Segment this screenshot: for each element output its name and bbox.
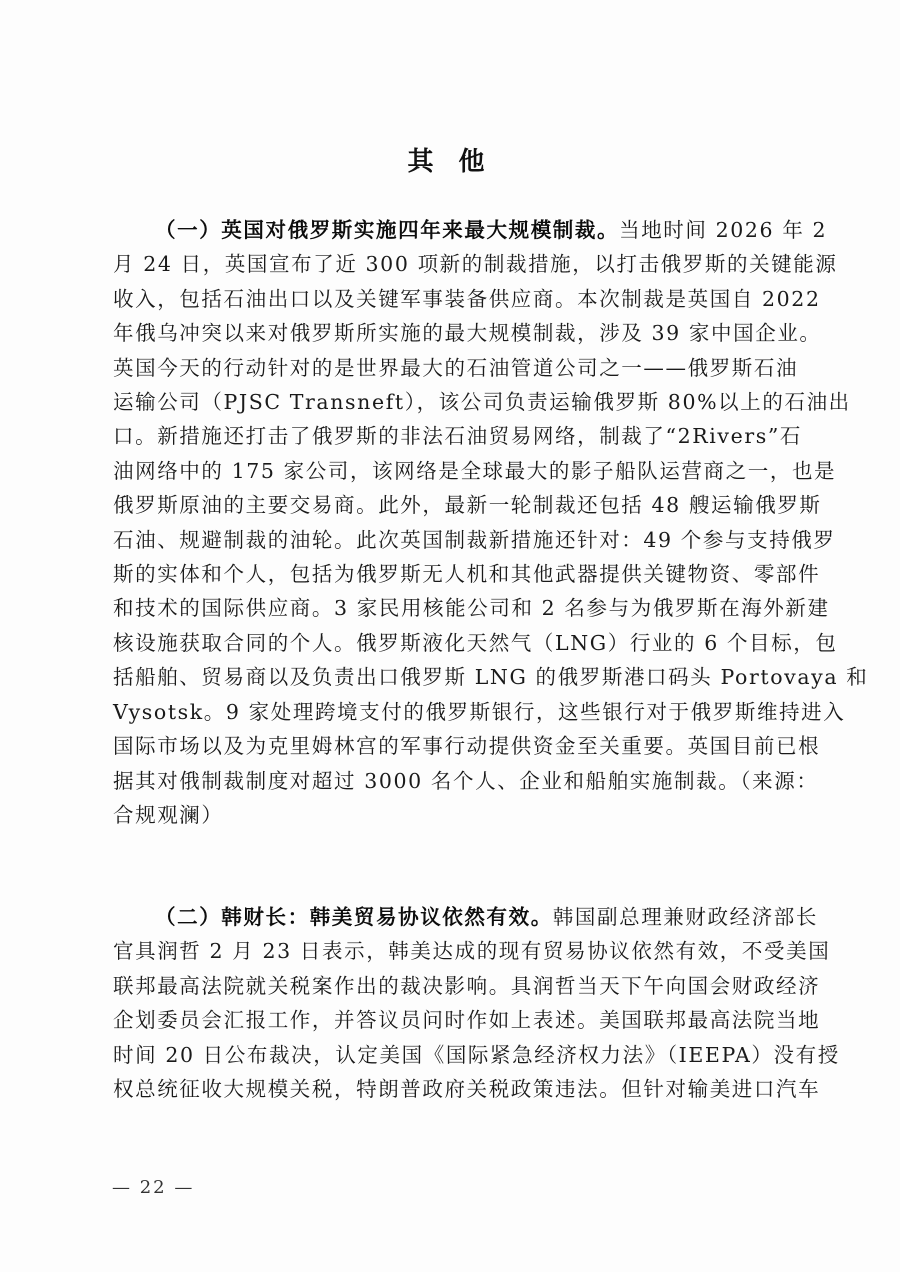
paragraph-line: 和技术的国际供应商。3 家民用核能公司和 2 名参与为俄罗斯在海外新建 xyxy=(113,591,789,625)
paragraph-line: 据其对俄制裁制度对超过 3000 名个人、企业和船舶实施制裁。（来源： xyxy=(113,764,789,798)
paragraph-line: 权总统征收大规模关税，特朗普政府关税政策违法。但针对输美进口汽车 xyxy=(113,1072,789,1106)
paragraph-line: 俄罗斯原油的主要交易商。此外，最新一轮制裁还包括 48 艘运输俄罗斯 xyxy=(113,488,789,522)
paragraph-line: 斯的实体和个人，包括为俄罗斯无人机和其他武器提供关键物资、零部件 xyxy=(113,557,789,591)
paragraph-first-line: （二）韩财长：韩美贸易协议依然有效。韩国副总理兼财政经济部长 xyxy=(113,900,789,934)
paragraph-line: 运输公司（PJSC Transneft），该公司负责运输俄罗斯 80%以上的石油… xyxy=(113,385,789,419)
page-number: — 22 — xyxy=(112,1177,194,1198)
paragraph-line: 核设施获取合同的个人。俄罗斯液化天然气（LNG）行业的 6 个目标，包 xyxy=(113,626,789,660)
paragraph-text: 当地时间 2026 年 2 xyxy=(619,218,827,242)
paragraph-line: 口。新措施还打击了俄罗斯的非法石油贸易网络，制裁了“2Rivers”石 xyxy=(113,419,789,453)
section-korea-trade: （二）韩财长：韩美贸易协议依然有效。韩国副总理兼财政经济部长 官具润哲 2 月 … xyxy=(113,900,789,1106)
paragraph-line: 官具润哲 2 月 23 日表示，韩美达成的现有贸易协议依然有效，不受美国 xyxy=(113,934,789,968)
paragraph-line: 石油、规避制裁的油轮。此次英国制裁新措施还针对：49 个参与支持俄罗 xyxy=(113,523,789,557)
paragraph-line: Vysotsk。9 家处理跨境支付的俄罗斯银行，这些银行对于俄罗斯维持进入 xyxy=(113,695,789,729)
section-heading: （二）韩财长：韩美贸易协议依然有效。 xyxy=(155,905,553,929)
document-page: 其 他 （一）英国对俄罗斯实施四年来最大规模制裁。当地时间 2026 年 2 月… xyxy=(0,0,900,1272)
paragraph-line: 企划委员会汇报工作，并答议员问时作如上表述。美国联邦最高法院当地 xyxy=(113,1003,789,1037)
paragraph-line: 油网络中的 175 家公司，该网络是全球最大的影子船队运营商之一，也是 xyxy=(113,454,789,488)
paragraph-first-line: （一）英国对俄罗斯实施四年来最大规模制裁。当地时间 2026 年 2 xyxy=(113,213,789,247)
paragraph-line: 联邦最高法院就关税案作出的裁决影响。具润哲当天下午向国会财政经济 xyxy=(113,969,789,1003)
section-uk-sanctions: （一）英国对俄罗斯实施四年来最大规模制裁。当地时间 2026 年 2 月 24 … xyxy=(113,213,789,832)
paragraph-line: 月 24 日，英国宣布了近 300 项新的制裁措施，以打击俄罗斯的关键能源 xyxy=(113,247,789,281)
paragraph-line: 年俄乌冲突以来对俄罗斯所实施的最大规模制裁，涉及 39 家中国企业。 xyxy=(113,316,789,350)
paragraph-line: 英国今天的行动针对的是世界最大的石油管道公司之一——俄罗斯石油 xyxy=(113,351,789,385)
paragraph-line: 时间 20 日公布裁决，认定美国《国际紧急经济权力法》（IEEPA）没有授 xyxy=(113,1038,789,1072)
section-heading: （一）英国对俄罗斯实施四年来最大规模制裁。 xyxy=(155,218,619,242)
paragraph-source-line: 合规观澜） xyxy=(113,798,789,832)
paragraph-line: 括船舶、贸易商以及负责出口俄罗斯 LNG 的俄罗斯港口码头 Portovaya … xyxy=(113,660,789,694)
page-title: 其 他 xyxy=(0,141,900,178)
paragraph-text: 韩国副总理兼财政经济部长 xyxy=(553,905,818,929)
paragraph-line: 国际市场以及为克里姆林宫的军事行动提供资金至关重要。英国目前已根 xyxy=(113,729,789,763)
paragraph-line: 收入，包括石油出口以及关键军事装备供应商。本次制裁是英国自 2022 xyxy=(113,282,789,316)
